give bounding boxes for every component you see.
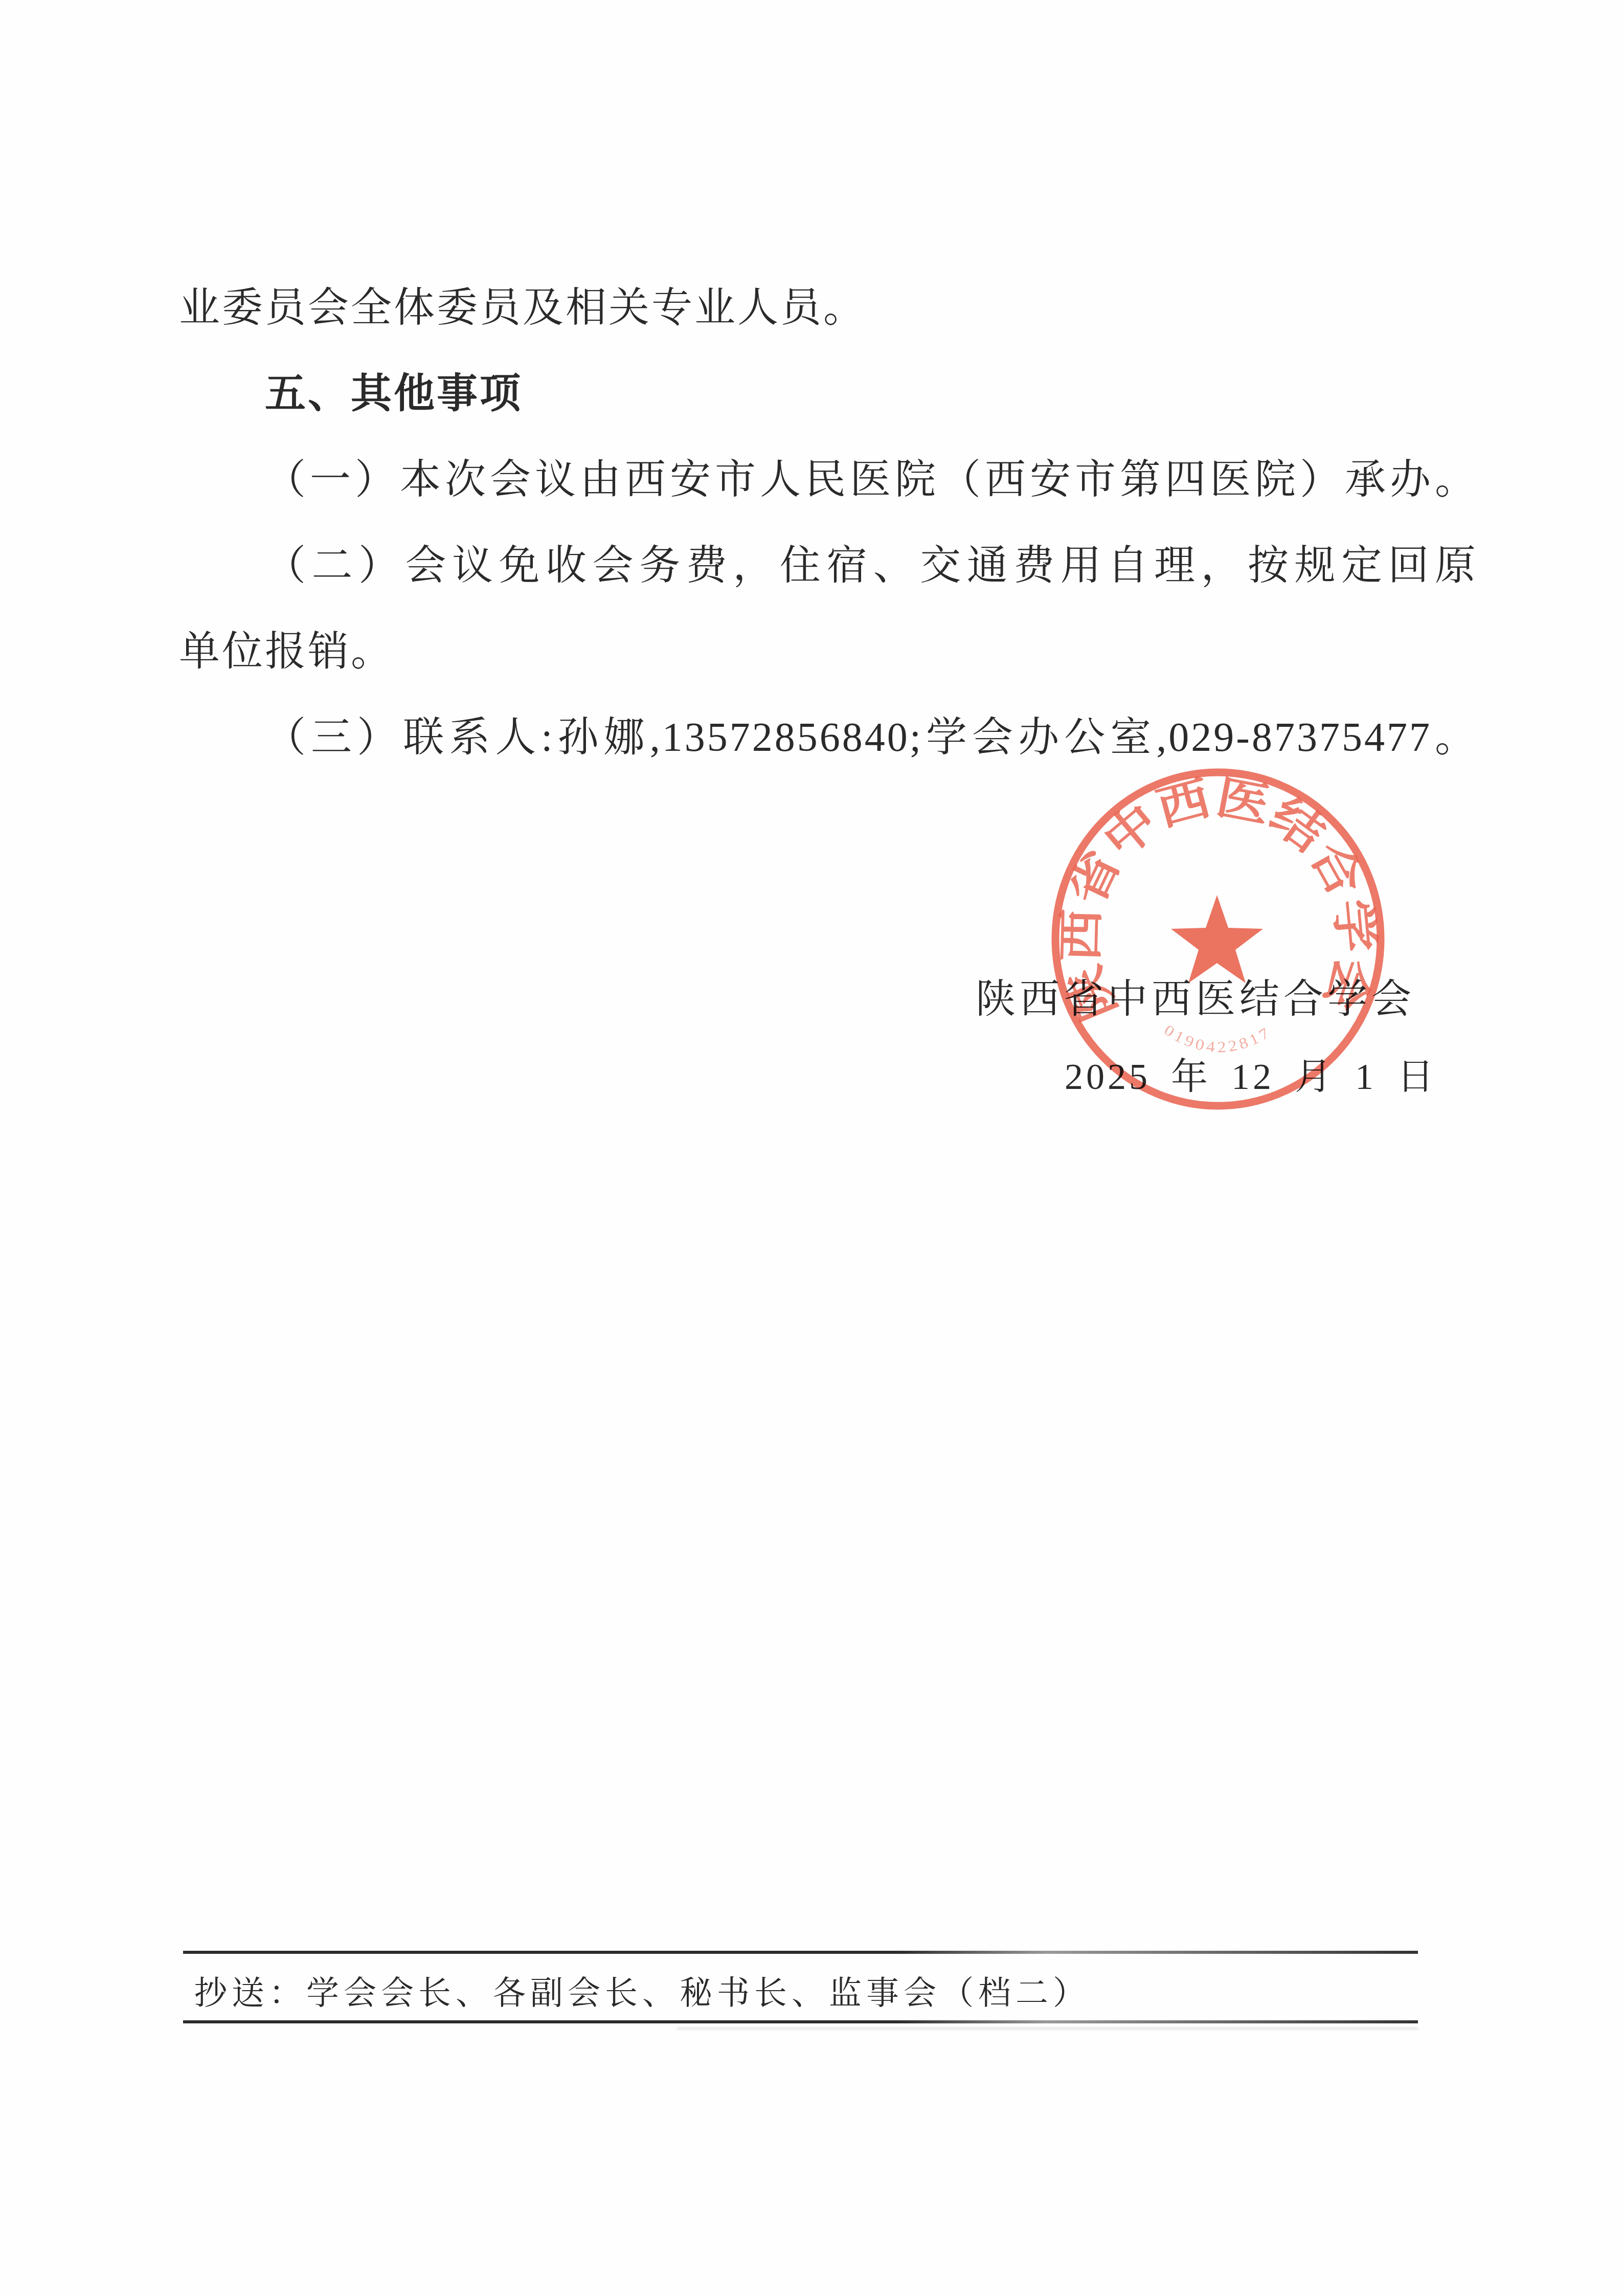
body-line: 五、其他事项 (179, 351, 1478, 437)
body-line: 单位报销。 (179, 609, 1478, 695)
divider-line-bottom (183, 2020, 1418, 2023)
signature-date: 2025 年 12 月 1 日 (1065, 1054, 1437, 1100)
document-page: 业委员会全体委员及相关专业人员。五、其他事项（一）本次会议由西安市人民医院（西安… (0, 0, 1623, 2296)
body-line: （一）本次会议由西安市人民医院（西安市第四医院）承办。 (179, 437, 1478, 523)
cc-line: 抄送：学会会长、各副会长、秘书长、监事会（档二） (194, 1963, 1090, 2024)
body-line: 业委员会全体委员及相关专业人员。 (179, 265, 1478, 351)
document-body: 业委员会全体委员及相关专业人员。五、其他事项（一）本次会议由西安市人民医院（西安… (179, 265, 1478, 781)
star-icon (1171, 895, 1263, 983)
signature-org-name: 陕西省中西医结合学会 (976, 975, 1415, 1024)
svg-text:0190422817: 0190422817 (1161, 1021, 1275, 1056)
body-line: （二）会议免收会务费，住宿、交通费用自理，按规定回原 (179, 523, 1478, 609)
divider-line-top (183, 1951, 1418, 1954)
body-line: （三）联系人:孙娜,13572856840;学会办公室,029-87375477… (179, 695, 1478, 781)
seal-code: 0190422817 (1161, 1021, 1275, 1056)
